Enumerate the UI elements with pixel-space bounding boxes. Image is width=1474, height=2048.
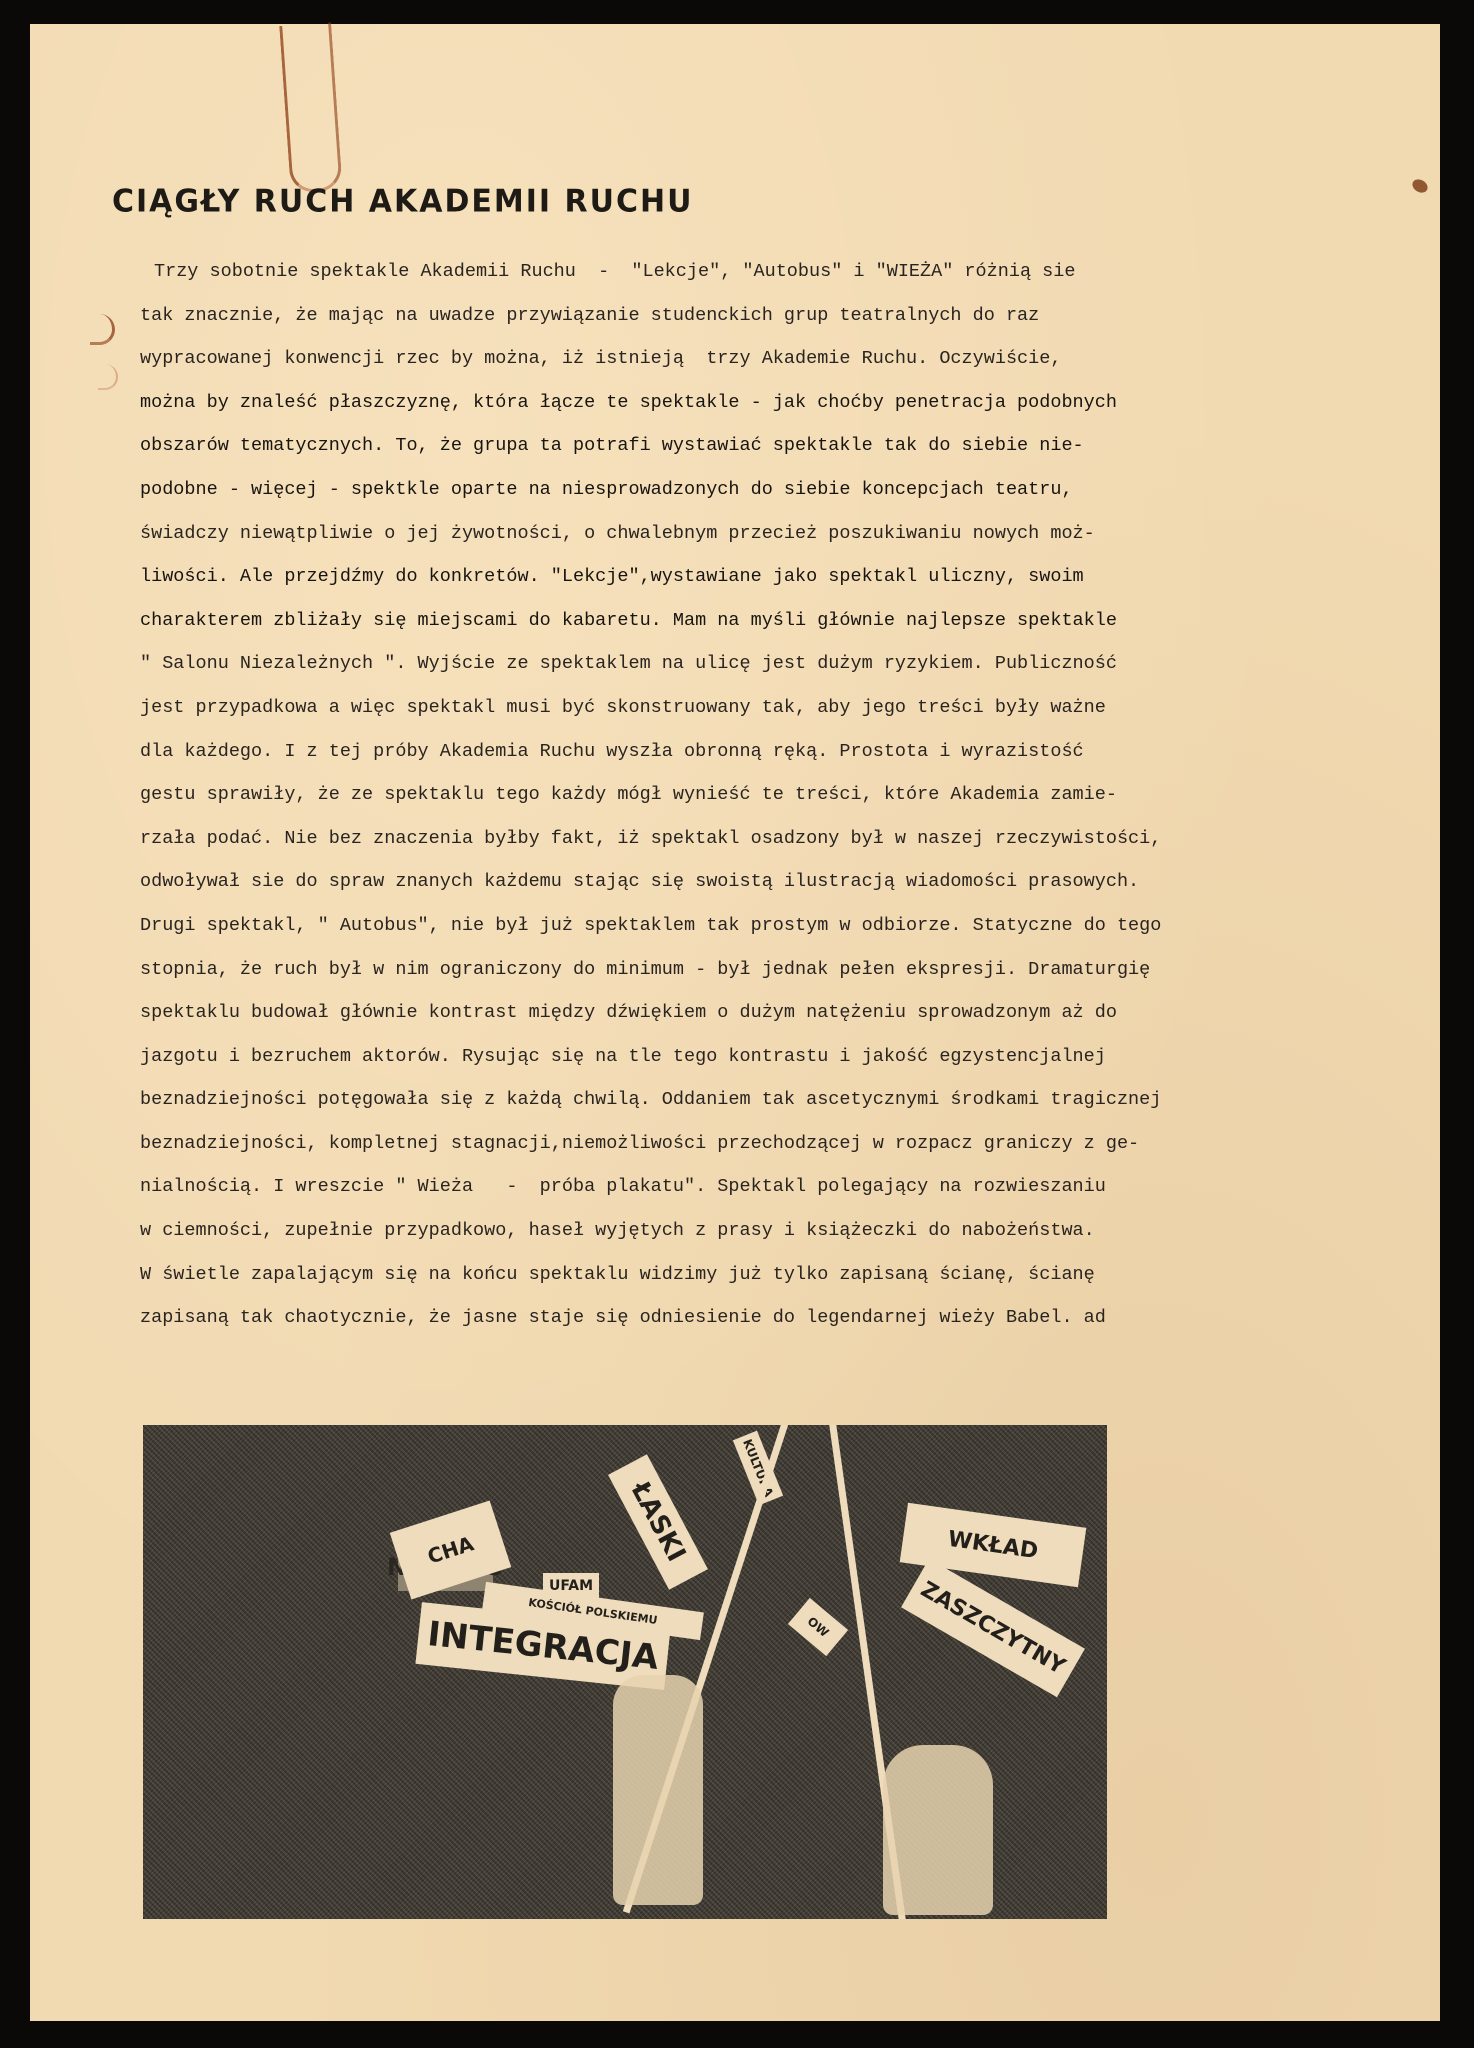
text-line: odwoływał sie do spraw znanych każdemu s…: [140, 860, 1260, 904]
text-line: można by znaleść płaszczyznę, która łącz…: [140, 381, 1260, 425]
text-line: podobne - więcej - spektkle oparte na ni…: [140, 468, 1260, 512]
rust-stain-mark: [90, 314, 115, 345]
halftone-photo: NARODU CHA UFAM KOŚCIÓŁ POLSKIEMU INTEGR…: [143, 1425, 1107, 1919]
text-line: w ciemności, zupełnie przypadkowo, haseł…: [140, 1209, 1260, 1253]
text-line: obszarów tematycznych. To, że grupa ta p…: [140, 424, 1260, 468]
text-line: spektaklu budował głównie kontrast międz…: [140, 991, 1260, 1035]
article-title: CIĄGŁY RUCH AKADEMII RUCHU: [112, 183, 693, 220]
banner: ŁASKI: [608, 1454, 708, 1589]
text-line: dla każdego. I z tej próby Akademia Ruch…: [140, 730, 1260, 774]
text-line: beznadziejności potęgowała się z każdą c…: [140, 1078, 1260, 1122]
edge-stain: [1410, 177, 1430, 195]
text-line: liwości. Ale przejdźmy do konkretów. "Le…: [140, 555, 1260, 599]
text-line: tak znacznie, że mając na uwadze przywią…: [140, 294, 1260, 338]
banner: OW: [788, 1598, 848, 1656]
text-line: rzała podać. Nie bez znaczenia byłby fak…: [140, 817, 1260, 861]
text-line: gestu sprawiły, że ze spektaklu tego każ…: [140, 773, 1260, 817]
text-line: jest przypadkowa a więc spektakl musi by…: [140, 686, 1260, 730]
text-line: wypracowanej konwencji rzec by można, iż…: [140, 337, 1260, 381]
rust-stain-mark-faint: [98, 364, 118, 390]
text-line: beznadziejności, kompletnej stagnacji,ni…: [140, 1122, 1260, 1166]
text-line: jazgotu i bezruchem aktorów. Rysując się…: [140, 1035, 1260, 1079]
performer-figure: [883, 1745, 993, 1915]
performer-figure: [613, 1675, 703, 1905]
text-line: zapisaną tak chaotycznie, że jasne staje…: [140, 1296, 1260, 1340]
text-line: nialnością. I wreszcie " Wieża - próba p…: [140, 1165, 1260, 1209]
text-line: " Salonu Niezależnych ". Wyjście ze spek…: [140, 642, 1260, 686]
text-line: W świetle zapalającym się na końcu spekt…: [140, 1253, 1260, 1297]
paperclip-rust-mark: [279, 22, 343, 193]
article-body: Trzy sobotnie spektakle Akademii Ruchu -…: [140, 250, 1260, 1340]
text-line: charakterem zbliżały się miejscami do ka…: [140, 599, 1260, 643]
text-line: stopnia, że ruch był w nim ograniczony d…: [140, 948, 1260, 992]
text-line: Trzy sobotnie spektakle Akademii Ruchu -…: [154, 250, 1260, 294]
text-line: Drugi spektakl, " Autobus", nie był już …: [140, 904, 1260, 948]
text-line: świadczy niewątpliwie o jej żywotności, …: [140, 512, 1260, 556]
